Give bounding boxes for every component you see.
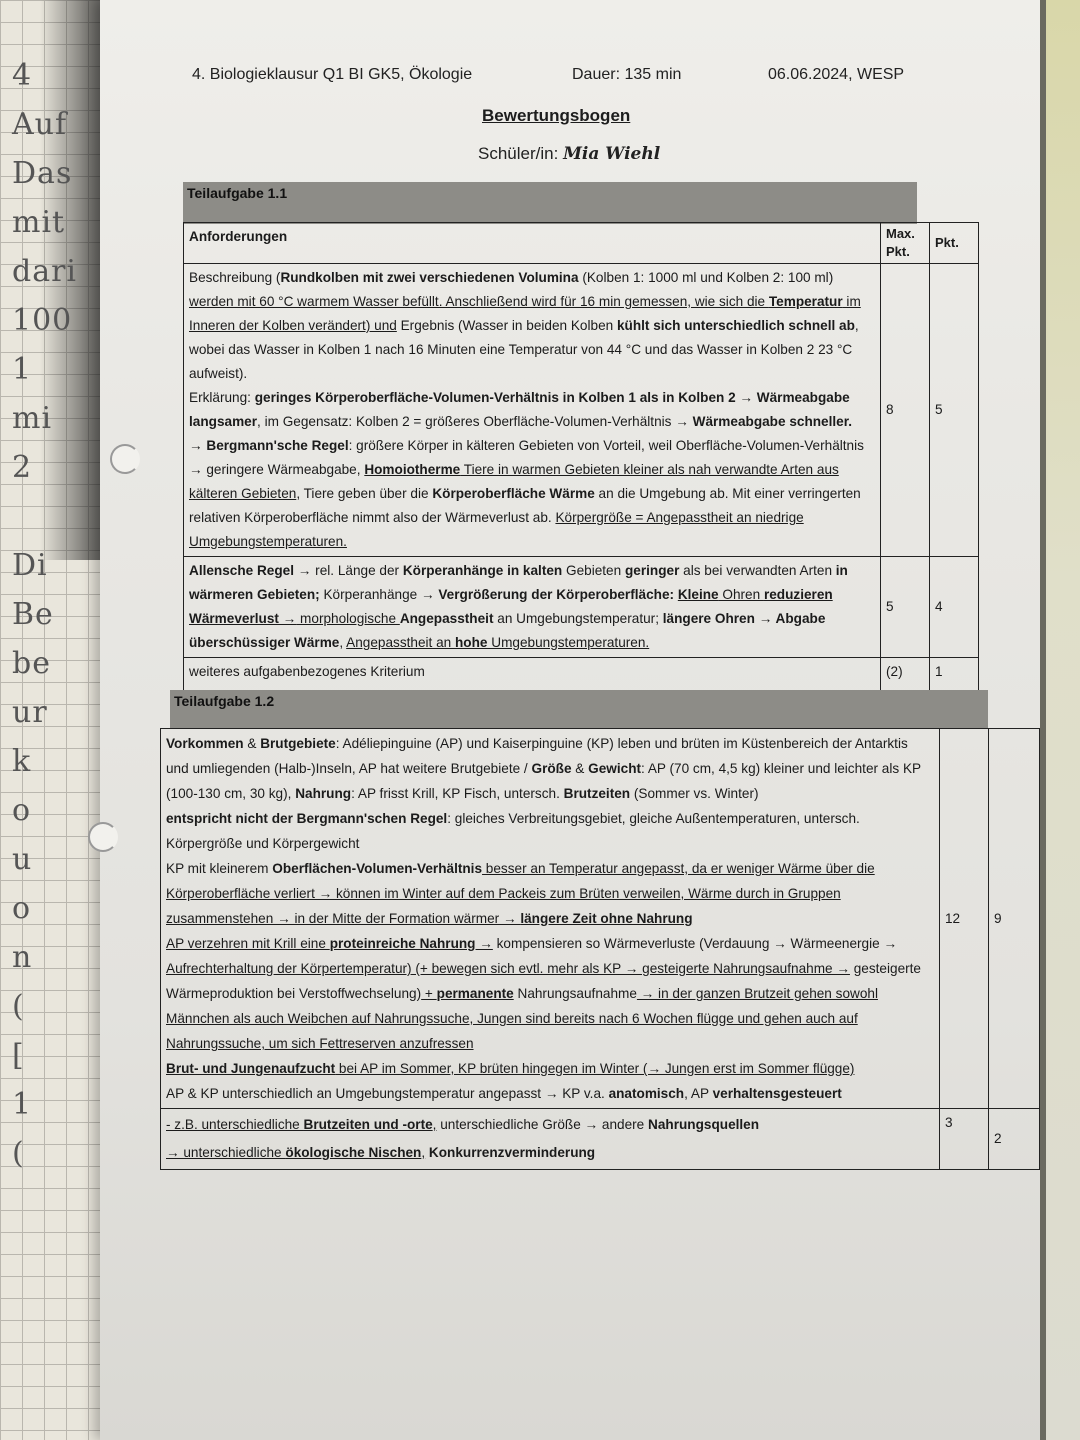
handwriting-line: be [12, 646, 51, 681]
section-heading-1-2: Teilaufgabe 1.2 [170, 690, 988, 728]
handwriting-line: 1 [12, 352, 32, 387]
points-awarded: 9 [989, 729, 1040, 1109]
section-heading-text: Teilaufgabe 1.1 [187, 185, 287, 201]
handwriting-line: o [12, 891, 31, 926]
handwriting-line: dari [12, 254, 77, 289]
table-row: Allensche Regel → rel. Länge der Körpera… [184, 557, 979, 658]
handwriting-line: [ [12, 1038, 25, 1073]
max-points: 3 [940, 1109, 989, 1170]
handwriting-line: u [12, 842, 32, 877]
handwriting-line: ( [12, 1136, 25, 1171]
handwriting-line: Be [12, 597, 54, 632]
col-requirements: Anforderungen [184, 223, 881, 264]
handwriting-line: k [12, 744, 31, 779]
exam-date: 06.06.2024, WESP [768, 66, 904, 84]
table-row: - z.B. unterschiedliche Brutzeiten und -… [161, 1109, 1040, 1170]
handwriting-line: mi [12, 401, 52, 436]
table-row: Vorkommen & Brutgebiete: Adéliepinguine … [161, 729, 1040, 1109]
table-row: Beschreibung (Rundkolben mit zwei versch… [184, 264, 979, 557]
handwriting-line: 100 [12, 303, 72, 338]
handwriting-line: ( [12, 989, 25, 1024]
punch-hole [110, 444, 140, 474]
section-heading-text: Teilaufgabe 1.2 [174, 693, 274, 709]
requirement-text: Beschreibung (Rundkolben mit zwei versch… [184, 264, 881, 557]
table-header-row: Anforderungen Max. Pkt. Pkt. [184, 223, 979, 264]
max-points: 5 [881, 557, 930, 658]
col-points: Pkt. [930, 223, 979, 264]
points-awarded: 5 [930, 264, 979, 557]
handwriting-line: Auf [12, 107, 67, 142]
handwriting-line: 2 [12, 450, 32, 485]
requirement-text: Allensche Regel → rel. Länge der Körpera… [184, 557, 881, 658]
rubric-table-1-1: Anforderungen Max. Pkt. Pkt. Beschreibun… [183, 222, 979, 711]
handwriting-line: ur [12, 695, 48, 730]
handwriting-line: Das [12, 156, 72, 191]
handwriting-line: mit [12, 205, 65, 240]
exam-title: 4. Biologieklausur Q1 BI GK5, Ökologie [192, 66, 472, 84]
points-awarded: 4 [930, 557, 979, 658]
rubric-table-1-2: Vorkommen & Brutgebiete: Adéliepinguine … [160, 728, 1040, 1170]
student-line: Schüler/in: Mia Wiehl [478, 144, 660, 164]
student-label: Schüler/in: [478, 144, 558, 163]
points-awarded: 2 [989, 1109, 1040, 1170]
handwriting-line: 4 [12, 58, 32, 93]
handwriting-line: Di [12, 548, 48, 583]
max-points: 8 [881, 264, 930, 557]
student-name: Mia Wiehl [563, 144, 660, 164]
section-heading-1-1: Teilaufgabe 1.1 [183, 182, 917, 224]
exam-duration: Dauer: 135 min [572, 66, 681, 84]
page-title: Bewertungsbogen [482, 106, 630, 126]
handwriting-line: o [12, 793, 31, 828]
col-max-points: Max. Pkt. [881, 223, 930, 264]
max-points: 12 [940, 729, 989, 1109]
requirement-text: Vorkommen & Brutgebiete: Adéliepinguine … [161, 729, 940, 1109]
requirement-text: - z.B. unterschiedliche Brutzeiten und -… [161, 1109, 940, 1170]
handwriting-line: n [12, 940, 32, 975]
handwriting-line: 1 [12, 1087, 32, 1122]
punch-hole [88, 822, 118, 852]
